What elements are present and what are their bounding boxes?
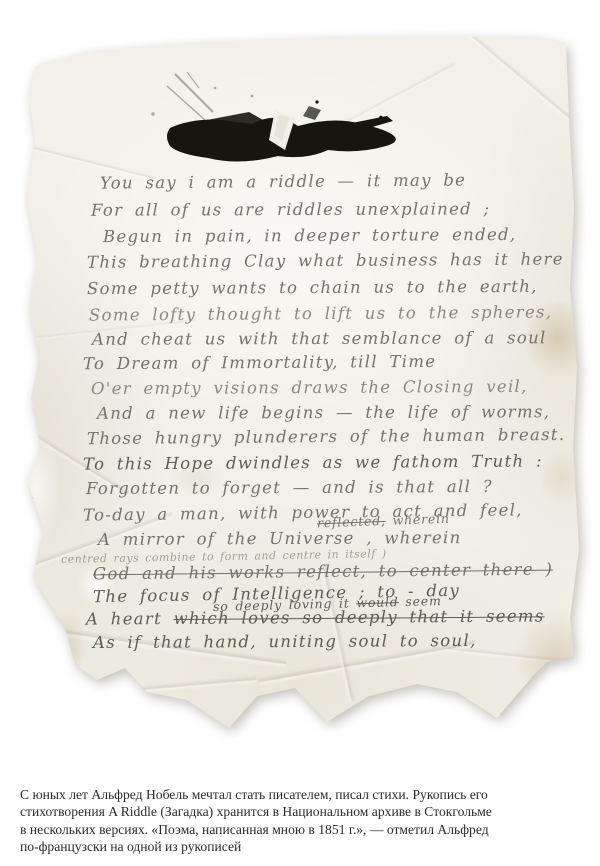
poem-text: wherein [386,511,450,528]
poem-line: Those hungry plunderers of the human bre… [87,427,566,448]
poem-text: A heart [86,609,174,629]
stain [537,448,587,508]
poem-line: And cheat us with that semblance of a so… [92,330,547,348]
book-page: You say i am a riddle — it may be For al… [0,0,600,866]
poem-line: And a new life begins — the life of worm… [97,404,550,422]
margin-mark-number: 2. [23,488,34,502]
poem-line: A heart which loves so deeply that it se… [86,608,545,628]
caption: С юных лет Альфред Нобель мечтал стать п… [20,786,585,856]
poem-line: Some petty wants to chain us to the eart… [87,279,538,298]
caption-line: в нескольких версиях. «Поэма, написанная… [20,821,585,838]
manuscript-photo: You say i am a riddle — it may be For al… [0,0,600,760]
crease-mark [77,675,257,700]
poem-line-struck: God and his works reflect, to center the… [93,562,553,583]
manuscript-paper: You say i am a riddle — it may be For al… [17,28,583,736]
poem-line: To-day a man, with power to act and feel… [83,502,523,524]
caption-line: С юных лет Альфред Нобель мечтал стать п… [20,786,585,803]
poem-line: Forgotten to forget — and is that all ? [86,479,493,498]
caption-line: стихотворения A Riddle (Загадка) хранитс… [20,803,585,820]
poem-line: You say i am a riddle — it may be [100,172,466,192]
poem-text-struck: which loves so deeply that it seems [173,606,544,628]
poem-text-struck: reflected, [317,513,386,530]
crease-mark [277,61,457,161]
poem-line: As if that hand, uniting soul to soul, [93,633,477,652]
poem-line: O'er empty visions draws the Closing vei… [91,379,528,398]
poem-line: To this Hope dwindles as we fathom Truth… [83,453,543,473]
paper-flake [11,428,61,548]
stain [47,608,87,688]
poem-line: A mirror of the Universe , wherein [98,530,462,548]
poem-line: Some lofty thought to lift us to the sph… [89,304,552,324]
caption-line: по-французски на одной из рукописей [20,838,585,855]
poem-line: To Dream of Immortality, till Time [83,354,436,373]
poem-line: Begun in pain, in deeper torture ended, [103,227,517,246]
poem-line: For all of us are riddles unexplained ; [91,201,490,219]
crease-mark [431,1,597,142]
poem-line: This breathing Clay what business has it… [87,251,586,271]
margin-mark-cross: + [21,555,35,572]
